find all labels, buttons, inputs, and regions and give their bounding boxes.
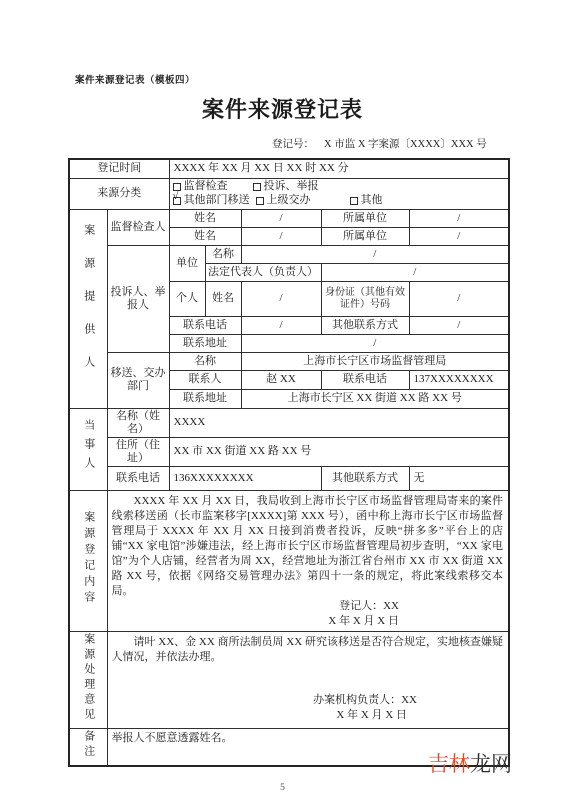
legal-rep-value: / <box>321 263 509 281</box>
page-title: 案件来源登记表 <box>0 93 565 124</box>
table-row: 投诉人、举报人 单位 名称 / <box>69 245 509 263</box>
checkbox-option: 投诉、举报 <box>253 180 319 193</box>
complainant-address-value: / <box>241 334 509 352</box>
supervisor-unit-value: / <box>409 209 509 227</box>
source-type-options: 监督检查 投诉、举报 √其他部门移送 上级交办 其他 <box>169 178 509 209</box>
transfer-phone-value: 137XXXXXXXX <box>409 370 509 389</box>
transfer-address-value: 上海市长宁区 XX 街道 XX 路 XX 号 <box>241 389 509 408</box>
individual-name-value: / <box>241 281 321 316</box>
checkbox-icon <box>350 197 358 205</box>
opinion-cell: 请叶 XX、金 XX 商所法制员周 XX 研究该移送是否符合规定，实地核查嫌疑人… <box>107 631 509 728</box>
table-row: 移送、交办部门 名称 上海市长宁区市场监督管理局 <box>69 352 509 370</box>
checkbox-checked-icon: √ <box>173 197 181 205</box>
table-row: 当事人 名称（姓名） XXXX <box>69 408 509 437</box>
watermark-part2: 龙网 <box>470 753 512 776</box>
party-other-label: 其他联系方式 <box>321 466 409 490</box>
checkbox-option: 其他 <box>350 194 383 207</box>
party-address-value: XX 市 XX 街道 XX 路 XX 号 <box>169 437 509 466</box>
document-template-label: 案件来源登记表（模板四） <box>75 72 565 86</box>
table-row: 住所（住址） XX 市 XX 街道 XX 路 XX 号 <box>69 437 509 466</box>
page-number: 5 <box>0 783 565 793</box>
checkbox-icon <box>253 183 261 191</box>
supervisor-label: 监督检查人 <box>107 209 169 245</box>
table-row: 联系电话 136XXXXXXXX 其他联系方式 无 <box>69 466 509 490</box>
supervisor-unit-value: / <box>409 227 509 245</box>
transfer-phone-label: 联系电话 <box>321 370 409 389</box>
transfer-contact-label: 联系人 <box>169 370 241 389</box>
complainant-other-value: / <box>409 316 509 334</box>
agency-head-signature: 办案机构负责人：XX <box>112 693 504 708</box>
table-row: 来源分类 监督检查 投诉、举报 √其他部门移送 上级交办 其他 <box>69 178 509 209</box>
transfer-name-value: 上海市长宁区市场监督管理局 <box>241 352 509 370</box>
supervisor-name-value: / <box>241 227 321 245</box>
supervisor-unit-label: 所属单位 <box>321 227 409 245</box>
complainant-address-label: 联系地址 <box>169 334 241 352</box>
supervisor-unit-label: 所属单位 <box>321 209 409 227</box>
party-phone-value: 136XXXXXXXX <box>169 466 321 490</box>
unit-name-label: 名称 <box>205 245 241 263</box>
provider-section-label: 案源提供人 <box>69 209 107 408</box>
supervisor-name-label: 姓名 <box>169 209 241 227</box>
individual-name-label: 姓名 <box>205 281 241 316</box>
table-row: 案源提供人 监督检查人 姓名 / 所属单位 / <box>69 209 509 227</box>
party-address-label: 住所（住址） <box>107 437 169 466</box>
party-phone-label: 联系电话 <box>107 466 169 490</box>
checkbox-option: 上级交办 <box>256 194 350 207</box>
source-type-label: 来源分类 <box>69 178 169 209</box>
agency-head-date: X 年 X 月 X 日 <box>112 708 504 723</box>
table-row: 案源登记内容 XXXX 年 XX 月 XX 日，我局收到上海市长宁区市场监督管理… <box>69 490 509 631</box>
complainant-other-label: 其他联系方式 <box>321 316 409 334</box>
complainant-label: 投诉人、举报人 <box>107 245 169 352</box>
reg-time-label: 登记时间 <box>69 159 169 178</box>
transfer-dept-label: 移送、交办部门 <box>107 352 169 408</box>
complainant-phone-value: / <box>241 316 321 334</box>
transfer-name-label: 名称 <box>169 352 241 370</box>
transfer-contact-value: 赵 XX <box>241 370 321 389</box>
note-section-label: 备注 <box>69 728 107 766</box>
opinion-text: 请叶 XX、金 XX 商所法制员周 XX 研究该移送是否符合规定，实地核查嫌疑人… <box>112 635 504 665</box>
reg-time-value: XXXX 年 XX 月 XX 日 XX 时 XX 分 <box>169 159 509 178</box>
complainant-phone-label: 联系电话 <box>169 316 241 334</box>
checkbox-icon <box>256 197 264 205</box>
checkbox-option: 监督检查 <box>173 180 253 193</box>
watermark-part1: 吉林 <box>428 753 470 776</box>
table-row: 登记时间 XXXX 年 XX 月 XX 日 XX 时 XX 分 <box>69 159 509 178</box>
case-content-text: XXXX 年 XX 月 XX 日，我局收到上海市长宁区市场监督管理局寄来的案件线… <box>112 494 504 599</box>
legal-rep-label: 法定代表人（负责人） <box>205 263 321 281</box>
registrar-date: X 年 X 月 X 日 <box>112 614 504 629</box>
party-section-label: 当事人 <box>69 408 107 490</box>
content-section-label: 案源登记内容 <box>69 490 107 631</box>
checkbox-option-checked: √其他部门移送 <box>173 194 256 207</box>
transfer-address-label: 联系地址 <box>169 389 241 408</box>
table-row: 案源处理意见 请叶 XX、金 XX 商所法制员周 XX 研究该移送是否符合规定，… <box>69 631 509 728</box>
complainant-unit-label: 单位 <box>169 245 205 281</box>
registration-number-value: X 市监 X 字案源〔XXXX〕XXX 号 <box>324 139 487 150</box>
party-name-label: 名称（姓名） <box>107 408 169 437</box>
supervisor-name-label: 姓名 <box>169 227 241 245</box>
id-number-value: / <box>409 281 509 316</box>
individual-label: 个人 <box>169 281 205 316</box>
registration-number: 登记号：X 市监 X 字案源〔XXXX〕XXX 号 <box>0 136 565 151</box>
party-name-value: XXXX <box>169 408 509 437</box>
registrar-signature: 登记人：XX <box>112 599 504 614</box>
case-content-cell: XXXX 年 XX 月 XX 日，我局收到上海市长宁区市场监督管理局寄来的案件线… <box>107 490 509 631</box>
unit-name-value: / <box>241 245 509 263</box>
case-source-registration-table: 登记时间 XXXX 年 XX 月 XX 日 XX 时 XX 分 来源分类 监督检… <box>68 158 510 767</box>
opinion-section-label: 案源处理意见 <box>69 631 107 728</box>
supervisor-name-value: / <box>241 209 321 227</box>
registration-number-label: 登记号： <box>272 139 314 150</box>
party-other-value: 无 <box>409 466 509 490</box>
id-number-label: 身份证（其他有效证件）号码 <box>321 281 409 316</box>
site-watermark: 吉林龙网 <box>428 748 512 778</box>
